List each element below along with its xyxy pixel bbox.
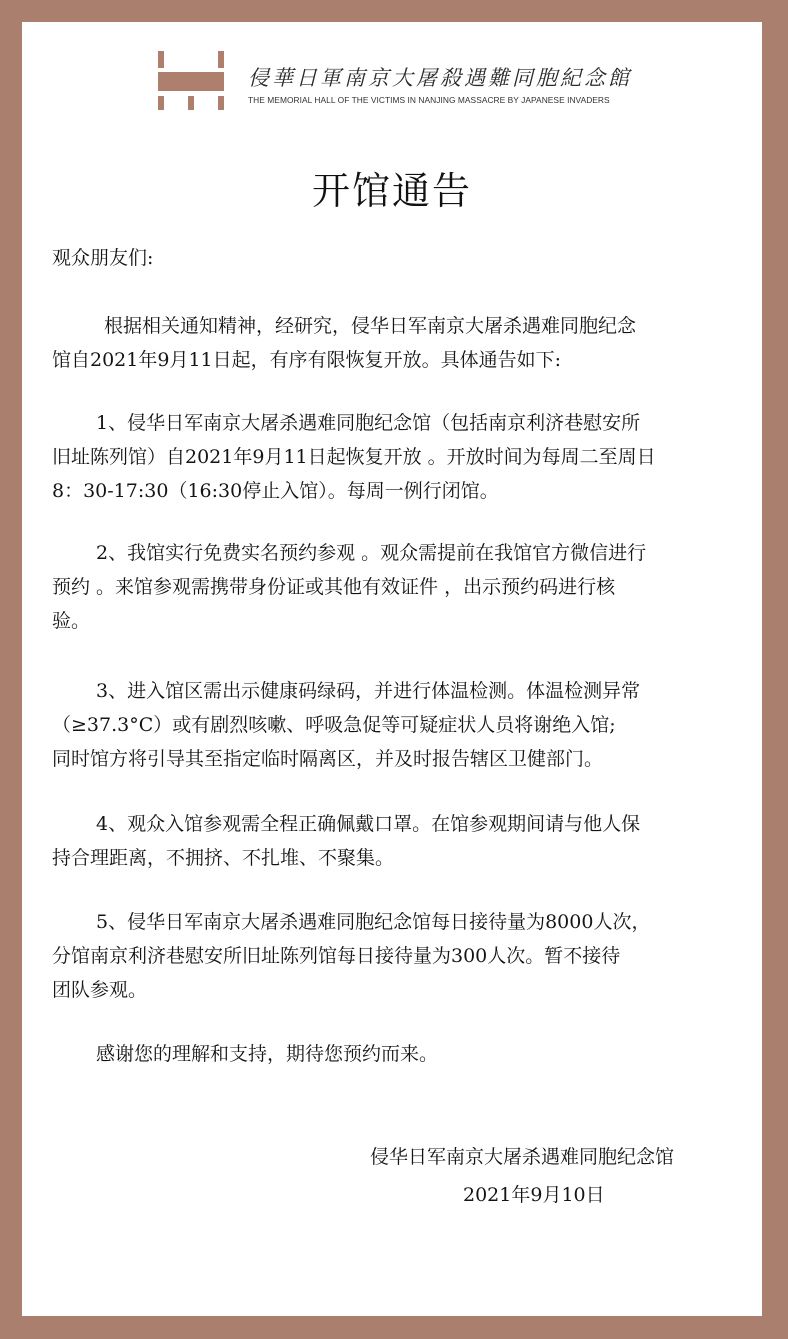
notice-item-5: 5、侵华日军南京大屠杀遇难同胞纪念馆每日接待量为8000人次， 分馆南京利济巷慰… bbox=[52, 905, 744, 1007]
item-line: 旧址陈列馆）自2021年9月11日起恢复开放 。开放时间为每周二至周日 bbox=[52, 440, 744, 474]
notice-item-2: 2、我馆实行免费实名预约参观 。观众需提前在我馆官方微信进行 预约 。来馆参观需… bbox=[52, 536, 744, 638]
item-line: 3、进入馆区需出示健康码绿码，并进行体温检测。体温检测异常 bbox=[52, 674, 744, 708]
item-line: 验。 bbox=[52, 604, 744, 638]
notice-item-4: 4、观众入馆参观需全程正确佩戴口罩。在馆参观期间请与他人保 持合理距离，不拥挤、… bbox=[52, 807, 744, 875]
item-line: （≥37.3°C）或有剧烈咳嗽、呼吸急促等可疑症状人员将谢绝入馆; bbox=[52, 708, 744, 742]
item-line: 2、我馆实行免费实名预约参观 。观众需提前在我馆官方微信进行 bbox=[52, 536, 744, 570]
signature-organization: 侵华日军南京大屠杀遇难同胞纪念馆 bbox=[370, 1142, 674, 1169]
page-title: 开馆通告 bbox=[22, 160, 762, 215]
item-line: 8：30-17:30（16:30停止入馆）。每周一例行闭馆。 bbox=[52, 474, 744, 508]
memorial-hall-logo-icon bbox=[158, 51, 228, 113]
closing-line: 感谢您的理解和支持，期待您预约而来。 bbox=[52, 1037, 744, 1071]
notice-paper: 侵華日軍南京大屠殺遇難同胞紀念館 THE MEMORIAL HALL OF TH… bbox=[22, 22, 762, 1316]
notice-item-1: 1、侵华日军南京大屠杀遇难同胞纪念馆（包括南京利济巷慰安所 旧址陈列馆）自202… bbox=[52, 406, 744, 508]
intro-line: 根据相关通知精神，经研究，侵华日军南京大屠杀遇难同胞纪念 bbox=[52, 309, 744, 343]
logo-english-name: THE MEMORIAL HALL OF THE VICTIMS IN NANJ… bbox=[248, 95, 610, 105]
intro-line: 馆自2021年9月11日起，有序有限恢复开放。具体通告如下: bbox=[52, 343, 744, 377]
item-line: 团队参观。 bbox=[52, 973, 744, 1007]
salutation: 观众朋友们: bbox=[52, 241, 744, 275]
notice-item-3: 3、进入馆区需出示健康码绿码，并进行体温检测。体温检测异常 （≥37.3°C）或… bbox=[52, 674, 744, 776]
closing-text: 感谢您的理解和支持，期待您预约而来。 bbox=[52, 1037, 744, 1071]
item-line: 预约 。来馆参观需携带身份证或其他有效证件 ，出示预约码进行核 bbox=[52, 570, 744, 604]
item-line: 4、观众入馆参观需全程正确佩戴口罩。在馆参观期间请与他人保 bbox=[52, 807, 744, 841]
logo-chinese-name: 侵華日軍南京大屠殺遇難同胞紀念館 bbox=[248, 62, 632, 92]
item-line: 1、侵华日军南京大屠杀遇难同胞纪念馆（包括南京利济巷慰安所 bbox=[52, 406, 744, 440]
intro-paragraph: 根据相关通知精神，经研究，侵华日军南京大屠杀遇难同胞纪念 馆自2021年9月11… bbox=[52, 309, 744, 377]
item-line: 同时馆方将引导其至指定临时隔离区，并及时报告辖区卫健部门。 bbox=[52, 742, 744, 776]
item-line: 分馆南京利济巷慰安所旧址陈列馆每日接待量为300人次。暂不接待 bbox=[52, 939, 744, 973]
item-line: 持合理距离，不拥挤、不扎堆、不聚集。 bbox=[52, 841, 744, 875]
signature-date: 2021年9月10日 bbox=[463, 1180, 605, 1207]
item-line: 5、侵华日军南京大屠杀遇难同胞纪念馆每日接待量为8000人次， bbox=[52, 905, 744, 939]
